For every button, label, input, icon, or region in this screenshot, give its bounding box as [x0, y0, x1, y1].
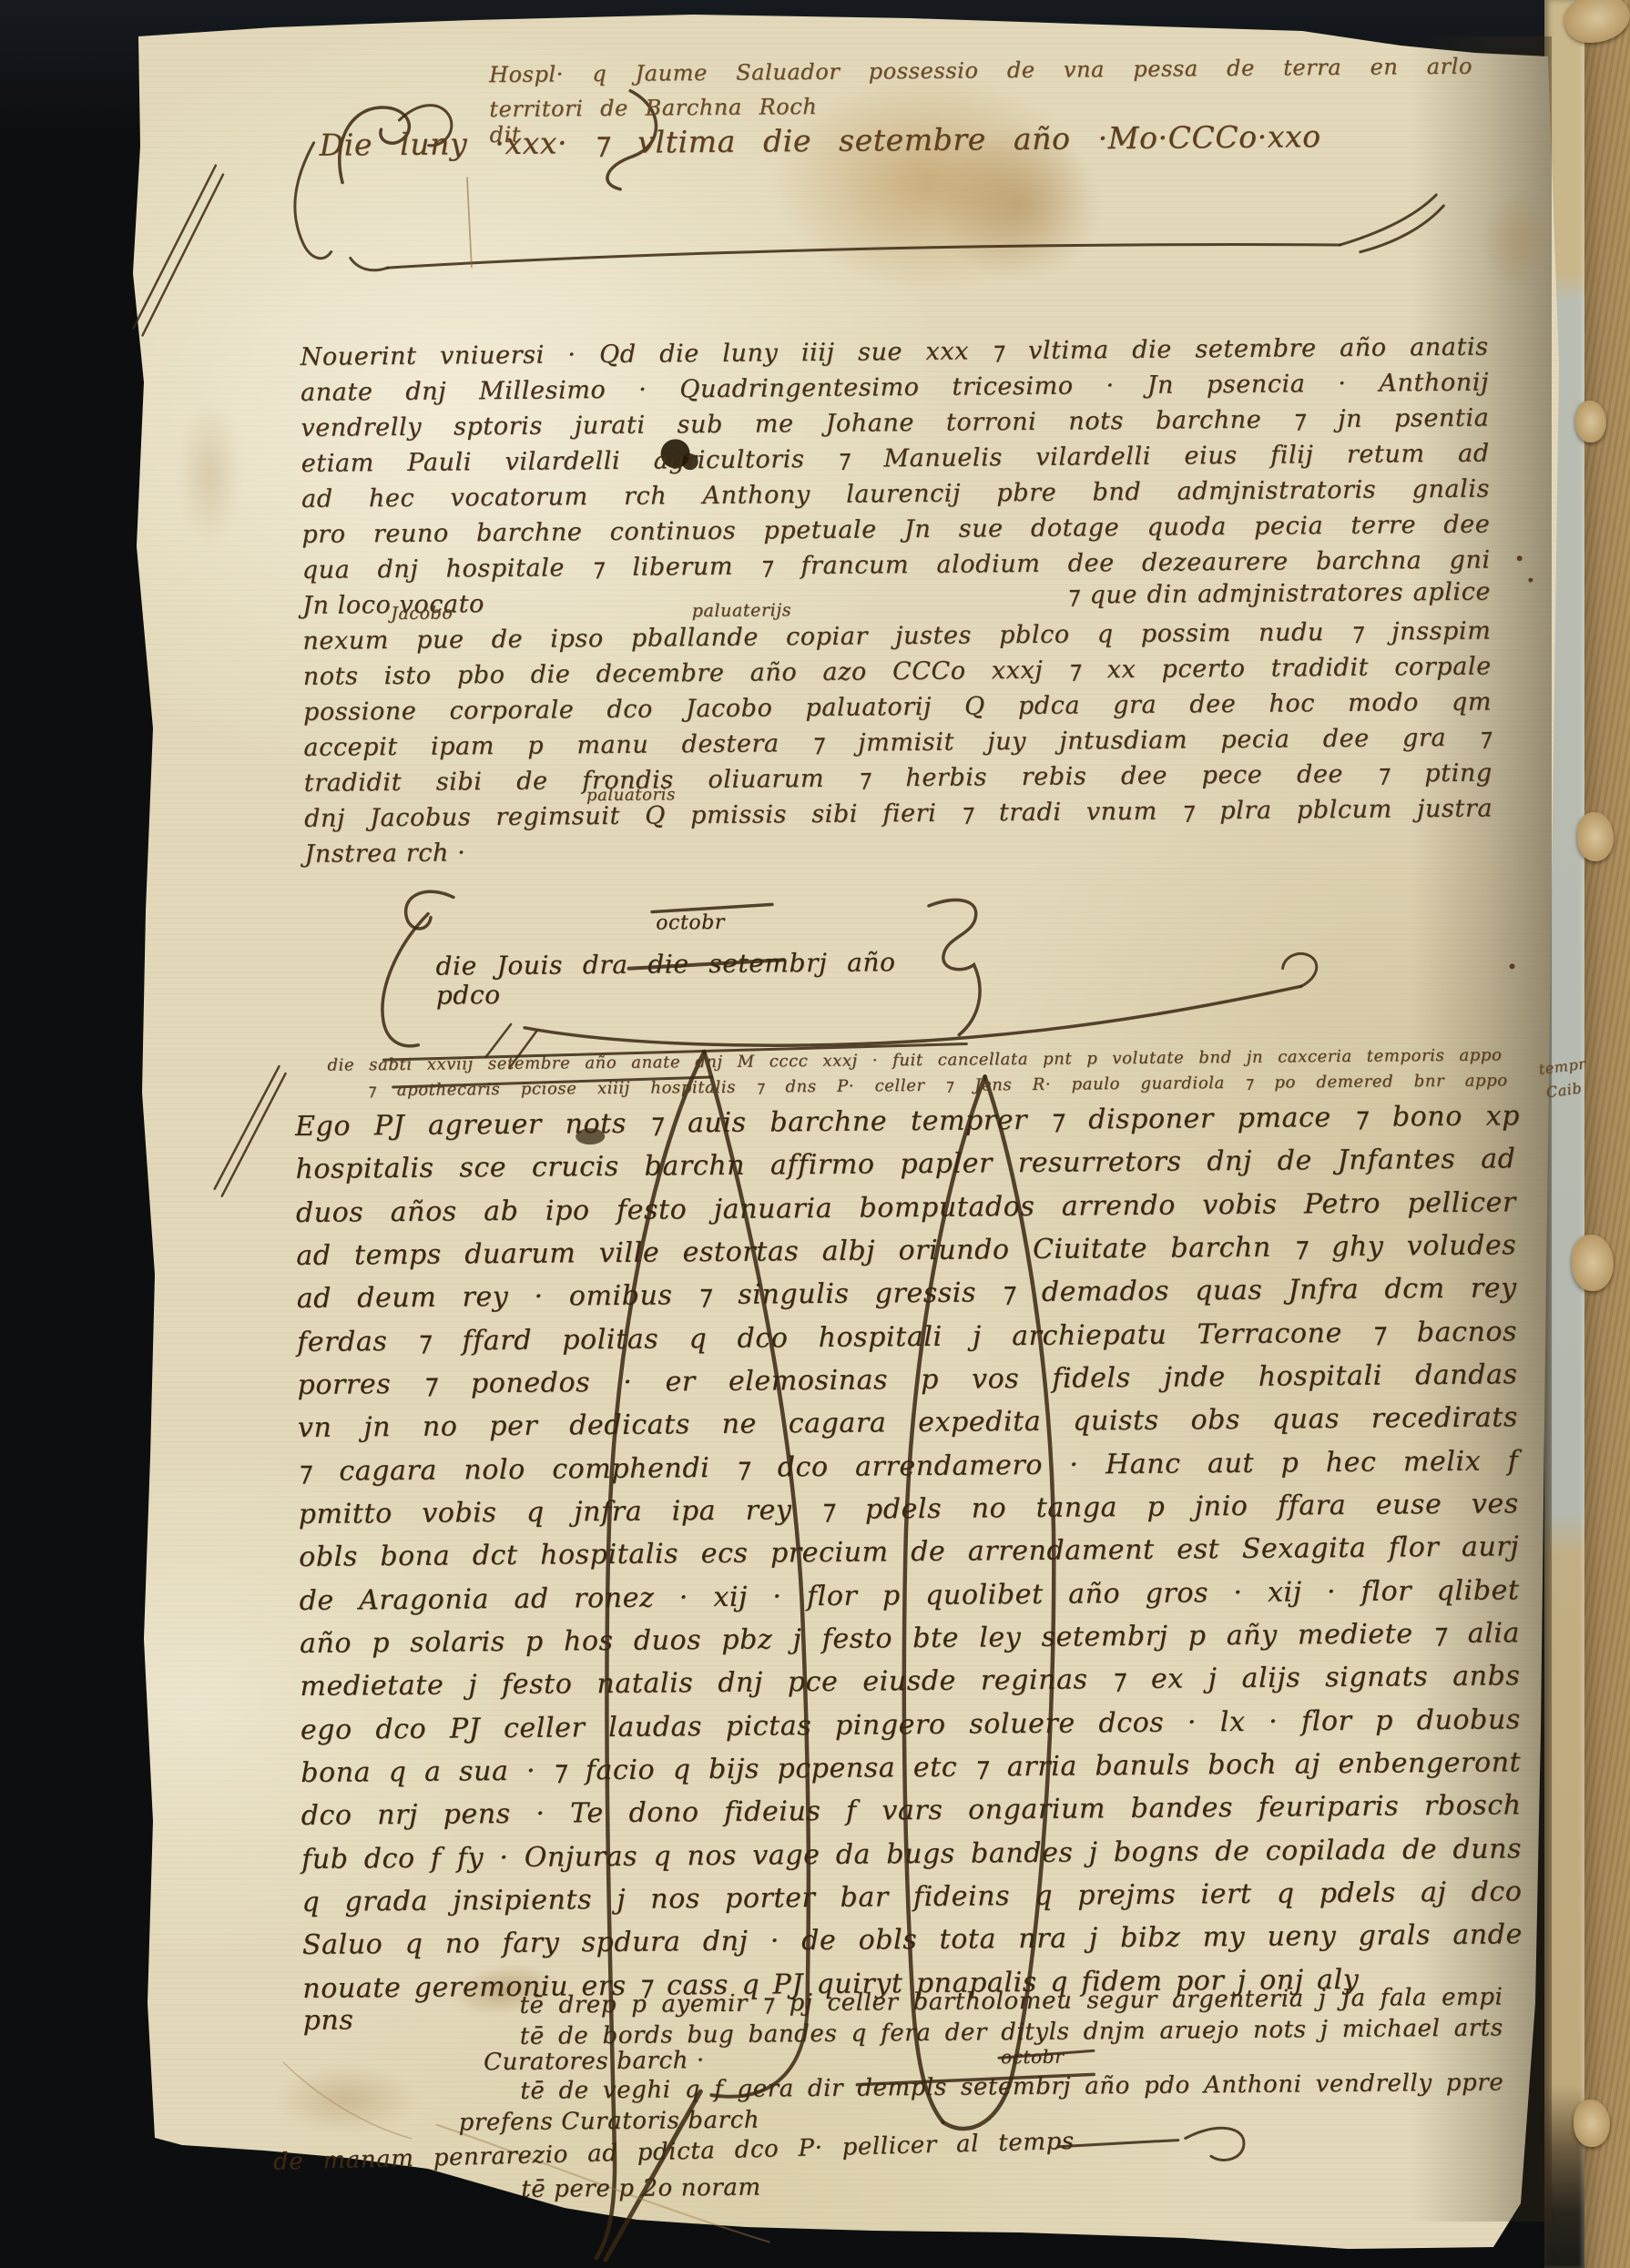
text-line: die Jouis dra die setembrj año pdco	[435, 948, 896, 1011]
text-line: ad hec vocatorum rch Anthony laurencij p…	[301, 475, 1490, 514]
interlinear-insertions: Jacobo paluaterijspaluatoris	[0, 0, 1622, 7]
heading-left-brace	[405, 891, 453, 929]
text-line: Caib	[1545, 1080, 1584, 1101]
text-line: medietate j festo natalis dnj pce eiusde…	[300, 1661, 1520, 1703]
flourish-underline-end	[1340, 195, 1444, 252]
text-line: accepit ipam p manu destera ⁊ jmmisit ju…	[303, 724, 1492, 762]
text-line: porres ⁊ ponedos · er elemosinas p vos f…	[297, 1359, 1517, 1401]
text-line: Curatores barch ·	[484, 2047, 775, 2077]
second-entry-paragraph: Ego PJ agreuer nots ⁊ auis barchne tempr…	[0, 0, 1622, 7]
text-line: die sabti xxviij setembre año anate dnj …	[327, 1046, 1502, 1075]
text-line: ⁊ apothecaris pciose xiiij hospitalis ⁊ …	[368, 1072, 1508, 1101]
text-line: ad temps duarum ville estortas albj oriu…	[296, 1230, 1516, 1272]
text-line: Ego PJ agreuer nots ⁊ auis barchne tempr…	[295, 1101, 1520, 1143]
guide-stroke	[467, 178, 472, 267]
note-dash	[1058, 2141, 1178, 2147]
text-line: dco nrj pens · Te dono fideius f vars on…	[301, 1790, 1522, 1832]
text-line: Die luny ·xxx· ⁊ vltima die setembre año…	[320, 119, 1321, 163]
text-line: q grada jnsipients j nos porter bar fide…	[301, 1876, 1522, 1918]
ink-layer: Hospl· q Jaume Saluador possessio de vna…	[0, 0, 1630, 2268]
text-line: octobr	[1001, 2046, 1101, 2068]
text-line: obls bona dct hospitalis ecs precium de …	[299, 1531, 1519, 1573]
ink-spot	[1517, 555, 1523, 561]
heading-left-brace	[382, 914, 429, 1046]
text-line: etiam Pauli vilardelli agricultoris ⁊ Ma…	[301, 440, 1490, 478]
text-line: nots isto pbo die decembre año azo CCCo …	[303, 653, 1492, 691]
text-line: duos años ab ipo festo januaria bomputad…	[296, 1187, 1516, 1229]
text-line: anate dnj Millesimo · Quadringentesimo t…	[301, 369, 1489, 407]
text-line: tradidit sibi de frondis oliuarum ⁊ herb…	[304, 759, 1492, 798]
text-line: ⁊ que din admjnistratores aplice	[1067, 578, 1491, 610]
text-line: tē pere p 2o noram	[521, 2174, 867, 2204]
text-line: Nouerint vniuersi · Qd die luny iiij sue…	[301, 333, 1489, 371]
ink-spot	[1510, 963, 1515, 969]
text-line: paluatoris	[586, 786, 750, 806]
text-line: possione corporale dco Jacobo paluatorij…	[303, 688, 1492, 727]
text-line: vendrelly sptoris jurati sub me Johane t…	[301, 404, 1489, 442]
cancellation-note-lines: die sabti xxviij setembre año anate dnj …	[0, 0, 1622, 7]
paper-crease	[283, 2061, 412, 2140]
opening-paragraph: Nouerint vniuersi · Qd die luny iiij sue…	[0, 0, 1622, 7]
text-line: ⁊ cagara nolo comphendi ⁊ dco arrendamer…	[298, 1446, 1518, 1488]
text-line: ego dco PJ celler laudas pictas pingero …	[301, 1704, 1521, 1746]
text-line: Jnstrea rch ·	[304, 839, 504, 869]
margin-slash	[132, 166, 225, 336]
text-line: bona q a sua · ⁊ facio q bijs pcpensa et…	[301, 1747, 1521, 1789]
text-line: hospitalis sce crucis barchn affirmo pap…	[295, 1144, 1515, 1185]
text-line: de manam penrarezio ad pdicta dco P· pel…	[273, 2129, 1075, 2177]
text-line: tempr	[1538, 1056, 1587, 1079]
text-line: Jacobo paluaterijs	[391, 601, 791, 625]
text-line: octobr	[656, 910, 774, 934]
flourish-underline	[388, 243, 1340, 268]
heading-right-flourish	[929, 900, 981, 1035]
text-line: pmitto vobis q jnfra ipa rey ⁊ pdels no …	[299, 1489, 1519, 1531]
gutter-margin-fragments: temprCaib	[0, 0, 1622, 7]
text-line: Hospl· q Jaume Saluador possessio de vna…	[489, 55, 1472, 88]
heading-swoosh-end	[1282, 953, 1317, 986]
flourish-underline-end	[351, 258, 388, 270]
section-heading: octobrdie Jouis dra die setembrj año pdc…	[0, 0, 1622, 7]
manuscript-scan: Hospl· q Jaume Saluador possessio de vna…	[0, 0, 1630, 2268]
text-line: Saluo q no fary spdura dnj · de obls tot…	[302, 1919, 1523, 1961]
text-line: fub dco f fy · Onjuras q nos vage da bug…	[301, 1834, 1522, 1876]
ink-spot	[1528, 578, 1533, 583]
text-line: vn jn no per dedicats ne cagara expedita…	[298, 1402, 1518, 1444]
text-line: ferdas ⁊ ffard politas q dco hospitali j…	[297, 1317, 1517, 1358]
text-line: prefens Curatoris barch	[459, 2107, 860, 2138]
text-line: año p solaris p hos duos pbz j festo bte…	[300, 1618, 1520, 1660]
witness-notes: tē drep p ayemir ⁊ pj celler bartholomeu…	[0, 0, 1622, 7]
text-line: dnj Jacobus regimsuit Q pmissis sibi fie…	[304, 795, 1492, 833]
text-line: ad deum rey · omibus ⁊ singulis gressis …	[297, 1273, 1517, 1315]
note-curl	[1186, 2128, 1244, 2161]
header-annotation: Hospl· q Jaume Saluador possessio de vna…	[0, 0, 1622, 7]
margin-slash	[214, 1066, 287, 1196]
text-line: de Aragonia ad ronez · xij · flor p quol…	[299, 1575, 1519, 1617]
text-line: pro reuno barchne continuos ppetuale Jn …	[301, 511, 1490, 549]
